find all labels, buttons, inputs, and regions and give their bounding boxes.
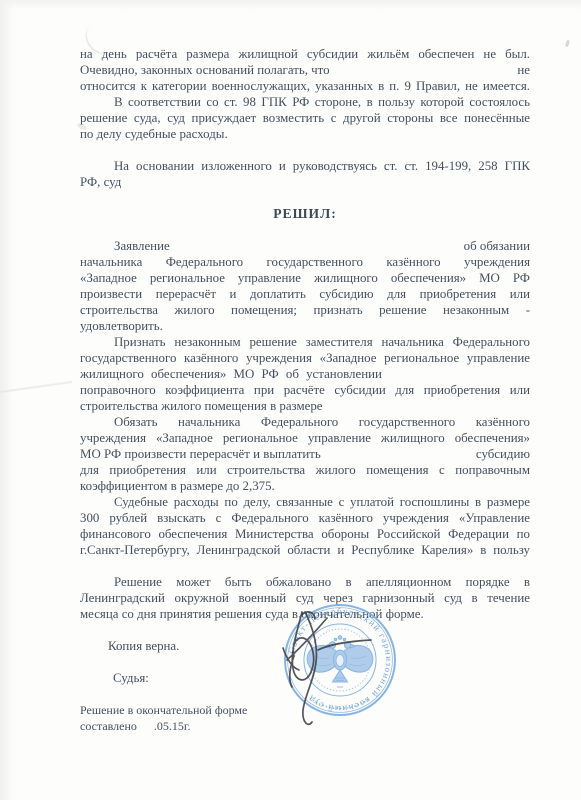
blank-line (80, 222, 530, 238)
text-line: Признать незаконным решение заместителя … (80, 334, 530, 350)
text-line: строительства жилого помещения в размере (80, 398, 530, 414)
text-line: удовлетворить. (80, 318, 530, 334)
text-segment: Заявление (80, 238, 170, 254)
scan-edge-shadow (0, 0, 581, 10)
text-line: произвести перерасчёт и доплатить субсид… (80, 286, 530, 302)
text-line: г.Санкт-Петербургу, Ленинградской област… (80, 542, 530, 558)
text-line: решение суда, суд присуждает возместить … (80, 110, 530, 126)
text-line: Очевидно, законных оснований полагать, ч… (80, 62, 530, 78)
scan-smudge (565, 40, 570, 48)
text-segment: составлено (80, 718, 137, 734)
text-segment: МО РФ произвести перерасчёт и выплатить (80, 446, 321, 462)
text-line: жилищного обеспечения» МО РФ об установл… (80, 366, 530, 382)
text-line: Решение может быть обжаловано в апелляци… (80, 574, 530, 590)
text-line: На основании изложенного и руководствуяс… (80, 158, 530, 174)
judge-signature (270, 595, 400, 735)
text-segment: не (517, 62, 530, 78)
text-segment: субсидию (476, 446, 530, 462)
text-line: 300 рублей взыскать с Федерального казён… (80, 510, 530, 526)
text-line: коэффициентом в размере до 2,375. (80, 478, 530, 494)
text-line: РФ, суд (80, 174, 530, 190)
scanned-court-decision-page: на день расчёта размера жилищной субсиди… (0, 0, 581, 800)
text-segment: .05.15г. (154, 718, 191, 734)
text-line: учреждения «Западное региональное управл… (80, 430, 530, 446)
text-segment: об обязании (464, 238, 530, 254)
text-line: Обязать начальника Федерального государс… (80, 414, 530, 430)
text-line: по делу судебные расходы. (80, 126, 530, 142)
text-line: финансового обеспечения Министерства обо… (80, 526, 530, 542)
text-line: Заявлениеоб обязании (80, 238, 530, 254)
text-segment: Очевидно, законных оснований полагать, ч… (80, 62, 330, 78)
text-line: начальника Федерального государственного… (80, 254, 530, 270)
scan-edge-shadow (0, 0, 14, 800)
text-line: государственного казённого учреждения «З… (80, 350, 530, 366)
decision-heading: РЕШИЛ: (80, 206, 530, 222)
text-line: для приобретения или строительства жилог… (80, 462, 530, 478)
text-line: на день расчёта размера жилищной субсиди… (80, 46, 530, 62)
redacted-blank-line (80, 558, 530, 574)
paper-crease (0, 378, 72, 396)
blank-line (80, 190, 530, 206)
text-line: относится к категории военнослужащих, ук… (80, 78, 530, 94)
text-line: строительства жилого помещения; признать… (80, 302, 530, 318)
text-line: поправочного коэффициента при расчёте су… (80, 382, 530, 398)
text-line: МО РФ произвести перерасчёт и выплатитьс… (80, 446, 530, 462)
text-line: В соответствии со ст. 98 ГПК РФ стороне,… (80, 94, 530, 110)
text-line: Судебные расходы по делу, связанные с уп… (80, 494, 530, 510)
text-line: «Западное региональное управление жилищн… (80, 270, 530, 286)
blank-line (80, 142, 530, 158)
